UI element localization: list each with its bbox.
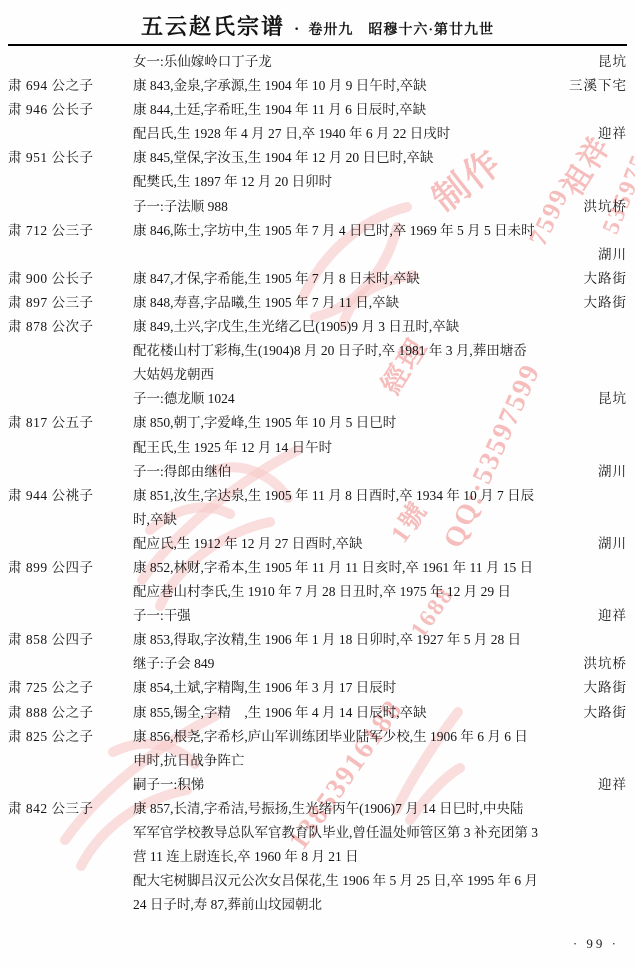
page-title: 五云赵氏宗谱 xyxy=(141,10,285,41)
genealogy-row: 肃 899 公四子 康 852,林财,字希本,生 1905 年 11 月 11 … xyxy=(0,556,635,580)
genealogy-row: 配应巷山村李氏,生 1910 年 7 月 28 日丑时,卒 1975 年 12 … xyxy=(0,580,635,604)
ancestor-label: 肃 946 公长子 xyxy=(8,98,128,122)
entry-text: 军军官学校教导总队军官教育队毕业,曾任温处师管区第 3 补充团第 3 xyxy=(133,821,627,845)
entry-text: 嗣子一:积悌 xyxy=(133,773,627,797)
place-name-label: 迎祥 xyxy=(598,773,627,797)
genealogy-row: 肃 842 公三子 康 857,长清,字希洁,号振扬,生光绪丙午(1906)7 … xyxy=(0,797,635,821)
entry-text: 子一:得郎由继伯 xyxy=(133,460,627,484)
ancestor-label: 肃 900 公长子 xyxy=(8,267,128,291)
genealogy-row: 肃 900 公长子 康 847,才保,字希能,生 1905 年 7 月 8 日未… xyxy=(0,267,635,291)
place-name-label: 大路街 xyxy=(584,291,628,315)
ancestor-label: 肃 888 公之子 xyxy=(8,701,128,725)
header-divider xyxy=(8,44,627,46)
place-name-label: 洪坑桥 xyxy=(584,652,628,676)
genealogy-row: 24 日子时,寿 87,葬前山坟园朝北 xyxy=(0,893,635,917)
genealogy-row: 配王氏,生 1925 年 12 月 14 日午时 xyxy=(0,436,635,460)
genealogy-row: 时,卒缺 xyxy=(0,508,635,532)
entry-text: 康 856,根尧,字希杉,庐山军训练团毕业陆军少校,生 1906 年 6 月 6… xyxy=(133,725,627,749)
entry-text: 康 847,才保,字希能,生 1905 年 7 月 8 日未时,卒缺 xyxy=(133,267,627,291)
page-header: 五云赵氏宗谱 · 卷卅九 昭穆十六·第廿九世 xyxy=(0,10,635,41)
ancestor-label: 肃 694 公之子 xyxy=(8,74,128,98)
genealogy-row: 肃 951 公长子 康 845,堂保,字汝玉,生 1904 年 12 月 20 … xyxy=(0,146,635,170)
page-number: · 99 · xyxy=(573,936,619,952)
ancestor-label: 肃 944 公祧子 xyxy=(8,484,128,508)
entry-text: 康 848,寿喜,字品曦,生 1905 年 7 月 11 日,卒缺 xyxy=(133,291,627,315)
entry-text: 康 853,得取,字汝精,生 1906 年 1 月 18 日卯时,卒 1927 … xyxy=(133,628,627,652)
ancestor-label: 肃 951 公长子 xyxy=(8,146,128,170)
entry-text: 康 855,锡全,字精 ,生 1906 年 4 月 14 日辰时,卒缺 xyxy=(133,701,627,725)
place-name-label: 湖川 xyxy=(598,532,627,556)
entry-text: 康 852,林财,字希本,生 1905 年 11 月 11 日亥时,卒 1961… xyxy=(133,556,627,580)
entry-text: 康 844,土廷,字希旺,生 1904 年 11 月 6 日辰时,卒缺 xyxy=(133,98,627,122)
entry-text: 子一:德龙顺 1024 xyxy=(133,387,627,411)
place-name-label: 昆坑 xyxy=(598,50,627,74)
entry-text: 配吕氏,生 1928 年 4 月 27 日,卒 1940 年 6 月 22 日戌… xyxy=(133,122,627,146)
entry-text: 配应巷山村李氏,生 1910 年 7 月 28 日丑时,卒 1975 年 12 … xyxy=(133,580,627,604)
place-name-label: 大路街 xyxy=(584,701,628,725)
genealogy-row: 湖川 xyxy=(0,243,635,267)
place-name-label: 湖川 xyxy=(598,460,627,484)
entry-text: 康 851,汝生,字达泉,生 1905 年 11 月 8 日酉时,卒 1934 … xyxy=(133,484,627,508)
place-name-label: 迎祥 xyxy=(598,604,627,628)
ancestor-label: 肃 858 公四子 xyxy=(8,628,128,652)
ancestor-label: 肃 842 公三子 xyxy=(8,797,128,821)
place-name-label: 三溪下宅 xyxy=(569,74,627,98)
entry-text: 申时,抗日战争阵亡 xyxy=(133,749,627,773)
ancestor-label: 肃 897 公三子 xyxy=(8,291,128,315)
genealogy-row: 配大宅树脚吕汉元公次女吕保花,生 1906 年 5 月 25 日,卒 1995 … xyxy=(0,869,635,893)
place-name-label: 大路街 xyxy=(584,676,628,700)
entry-text: 康 845,堂保,字汝玉,生 1904 年 12 月 20 日巳时,卒缺 xyxy=(133,146,627,170)
entry-text: 配王氏,生 1925 年 12 月 14 日午时 xyxy=(133,436,627,460)
entry-text: 配樊氏,生 1897 年 12 月 20 日卯时 xyxy=(133,170,627,194)
genealogy-row: 肃 878 公次子 康 849,土兴,字戊生,生光绪乙巳(1905)9 月 3 … xyxy=(0,315,635,339)
genealogy-row: 肃 725 公之子 康 854,土斌,字精陶,生 1906 年 3 月 17 日… xyxy=(0,676,635,700)
entry-text: 子一:干强 xyxy=(133,604,627,628)
ancestor-label: 肃 712 公三子 xyxy=(8,219,128,243)
genealogy-row: 申时,抗日战争阵亡 xyxy=(0,749,635,773)
entry-text: 营 11 连上尉连长,卒 1960 年 8 月 21 日 xyxy=(133,845,627,869)
genealogy-row: 子一:得郎由继伯 湖川 xyxy=(0,460,635,484)
genealogy-row: 配花楼山村丁彩梅,生(1904)8 月 20 日子时,卒 1981 年 3 月,… xyxy=(0,339,635,363)
entry-text: 康 846,陈士,字坊中,生 1905 年 7 月 4 日巳时,卒 1969 年… xyxy=(133,219,627,243)
entry-text: 配大宅树脚吕汉元公次女吕保花,生 1906 年 5 月 25 日,卒 1995 … xyxy=(133,869,627,893)
place-name-label: 迎祥 xyxy=(598,122,627,146)
genealogy-row: 肃 817 公五子 康 850,朝丁,字爱峰,生 1905 年 10 月 5 日… xyxy=(0,411,635,435)
place-name-label: 洪坑桥 xyxy=(584,195,628,219)
ancestor-label: 肃 825 公之子 xyxy=(8,725,128,749)
genealogy-row: 配应氏,生 1912 年 12 月 27 日酉时,卒缺 湖川 xyxy=(0,532,635,556)
entry-text: 24 日子时,寿 87,葬前山坟园朝北 xyxy=(133,893,627,917)
genealogy-row: 肃 888 公之子 康 855,锡全,字精 ,生 1906 年 4 月 14 日… xyxy=(0,701,635,725)
entry-text: 女一:乐仙嫁岭口丁子龙 xyxy=(133,50,627,74)
entry-text: 配花楼山村丁彩梅,生(1904)8 月 20 日子时,卒 1981 年 3 月,… xyxy=(133,339,627,363)
entry-text: 康 850,朝丁,字爱峰,生 1905 年 10 月 5 日巳时 xyxy=(133,411,627,435)
genealogy-row: 嗣子一:积悌 迎祥 xyxy=(0,773,635,797)
genealogy-row: 子一:子法顺 988 洪坑桥 xyxy=(0,195,635,219)
title-separator-dot: · xyxy=(294,21,299,39)
entry-text: 时,卒缺 xyxy=(133,508,627,532)
genealogy-row: 配吕氏,生 1928 年 4 月 27 日,卒 1940 年 6 月 22 日戌… xyxy=(0,122,635,146)
genealogy-row: 女一:乐仙嫁岭口丁子龙 昆坑 xyxy=(0,50,635,74)
genealogy-page: 制作祖祥759953597599經理QQ:·535975991號13853916… xyxy=(0,0,635,968)
genealogy-row: 肃 858 公四子 康 853,得取,字汝精,生 1906 年 1 月 18 日… xyxy=(0,628,635,652)
genealogy-row: 继子:子会 849 洪坑桥 xyxy=(0,652,635,676)
genealogy-row: 肃 694 公之子 康 843,金泉,字承源,生 1904 年 10 月 9 日… xyxy=(0,74,635,98)
genealogy-row: 肃 946 公长子 康 844,土廷,字希旺,生 1904 年 11 月 6 日… xyxy=(0,98,635,122)
ancestor-label: 肃 899 公四子 xyxy=(8,556,128,580)
genealogy-row: 营 11 连上尉连长,卒 1960 年 8 月 21 日 xyxy=(0,845,635,869)
entry-text: 康 843,金泉,字承源,生 1904 年 10 月 9 日午时,卒缺 xyxy=(133,74,627,98)
genealogy-row: 肃 897 公三子 康 848,寿喜,字品曦,生 1905 年 7 月 11 日… xyxy=(0,291,635,315)
genealogy-rows: 女一:乐仙嫁岭口丁子龙 昆坑 肃 694 公之子 康 843,金泉,字承源,生 … xyxy=(0,50,635,917)
entry-text: 康 854,土斌,字精陶,生 1906 年 3 月 17 日辰时 xyxy=(133,676,627,700)
genealogy-row: 肃 825 公之子 康 856,根尧,字希杉,庐山军训练团毕业陆军少校,生 19… xyxy=(0,725,635,749)
genealogy-row: 子一:德龙顺 1024 昆坑 xyxy=(0,387,635,411)
entry-text: 配应氏,生 1912 年 12 月 27 日酉时,卒缺 xyxy=(133,532,627,556)
ancestor-label: 肃 725 公之子 xyxy=(8,676,128,700)
entry-text: 大姑妈龙朝西 xyxy=(133,363,627,387)
entry-text: 子一:子法顺 988 xyxy=(133,195,627,219)
genealogy-row: 子一:干强 迎祥 xyxy=(0,604,635,628)
genealogy-row: 肃 712 公三子 康 846,陈士,字坊中,生 1905 年 7 月 4 日巳… xyxy=(0,219,635,243)
place-name-label: 昆坑 xyxy=(598,387,627,411)
genealogy-row: 大姑妈龙朝西 xyxy=(0,363,635,387)
entry-text: 康 849,土兴,字戊生,生光绪乙巳(1905)9 月 3 日丑时,卒缺 xyxy=(133,315,627,339)
place-name-label: 湖川 xyxy=(598,243,627,267)
genealogy-row: 军军官学校教导总队军官教育队毕业,曾任温处师管区第 3 补充团第 3 xyxy=(0,821,635,845)
place-name-label: 大路街 xyxy=(584,267,628,291)
genealogy-row: 配樊氏,生 1897 年 12 月 20 日卯时 xyxy=(0,170,635,194)
page-subtitle: 卷卅九 昭穆十六·第廿九世 xyxy=(308,19,494,39)
ancestor-label: 肃 817 公五子 xyxy=(8,411,128,435)
entry-text: 康 857,长清,字希洁,号振扬,生光绪丙午(1906)7 月 14 日巳时,中… xyxy=(133,797,627,821)
entry-text: 继子:子会 849 xyxy=(133,652,627,676)
genealogy-row: 肃 944 公祧子 康 851,汝生,字达泉,生 1905 年 11 月 8 日… xyxy=(0,484,635,508)
ancestor-label: 肃 878 公次子 xyxy=(8,315,128,339)
